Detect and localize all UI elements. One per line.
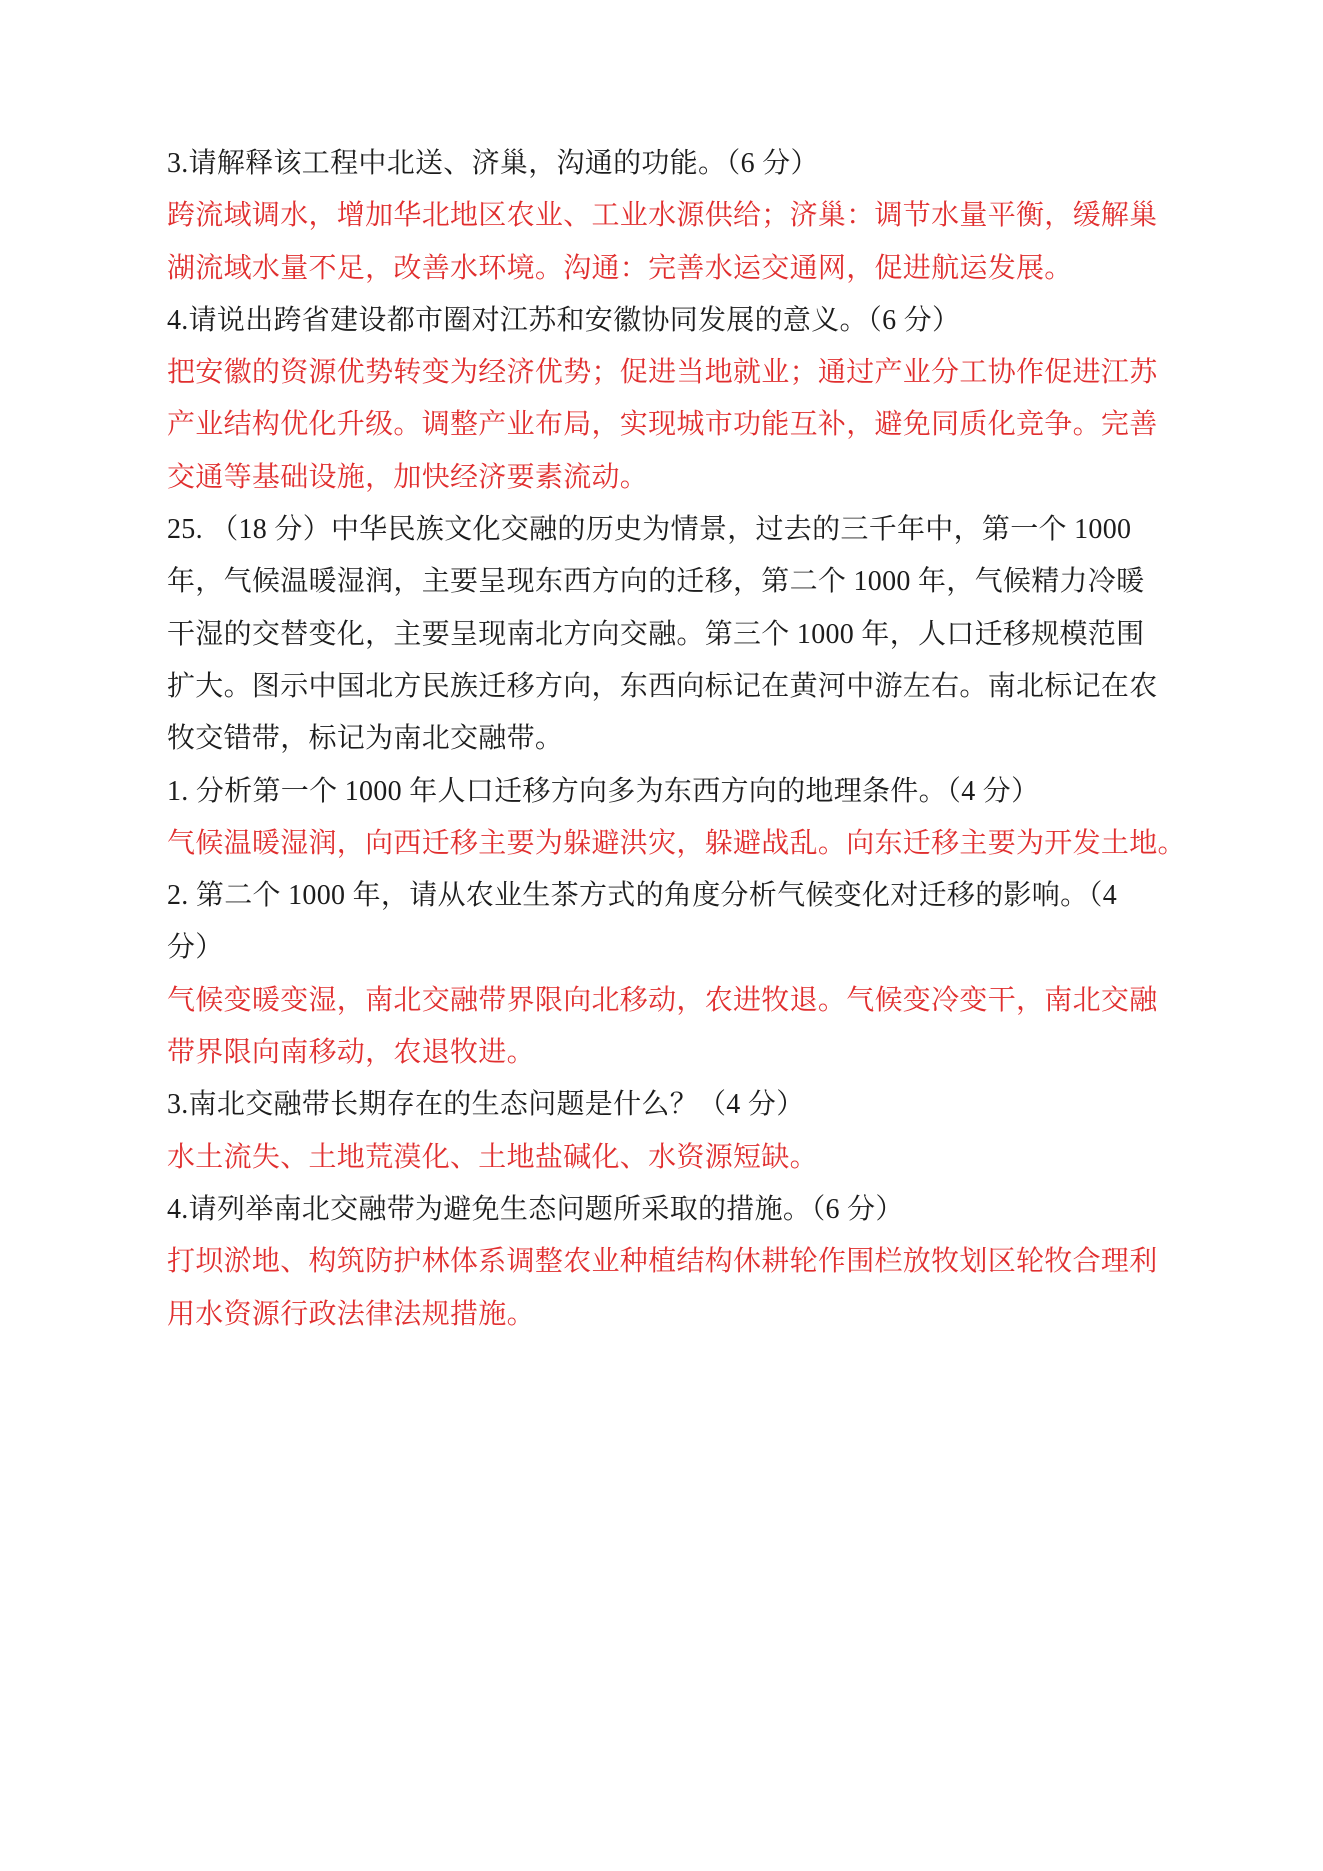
answer-25-4-line-1: 打坝淤地、构筑防护林体系调整农业种植结构休耕轮作围栏放牧划区轮牧合理利 (167, 1236, 1177, 1288)
exam-text-block: 3.请解释该工程中北送、济巢，沟通的功能。（6 分） 跨流域调水，增加华北地区农… (167, 138, 1177, 1341)
question-25-2-line-1: 2. 第二个 1000 年，请从农业生茶方式的角度分析气候变化对迁移的影响。（4 (167, 870, 1177, 922)
answer-25-2-line-2: 带界限向南移动，农退牧进。 (167, 1027, 1177, 1079)
question-25-2-line-2: 分） (167, 922, 1177, 974)
question-25-intro-line-5: 牧交错带，标记为南北交融带。 (167, 713, 1177, 765)
answer-4-line-1: 把安徽的资源优势转变为经济优势；促进当地就业；通过产业分工协作促进江苏 (167, 347, 1177, 399)
answer-3-line-2: 湖流域水量不足，改善水环境。沟通：完善水运交通网，促进航运发展。 (167, 243, 1177, 295)
document-page: 3.请解释该工程中北送、济巢，沟通的功能。（6 分） 跨流域调水，增加华北地区农… (0, 0, 1323, 1871)
answer-25-3-line: 水土流失、土地荒漠化、土地盐碱化、水资源短缺。 (167, 1132, 1177, 1184)
question-3-line: 3.请解释该工程中北送、济巢，沟通的功能。（6 分） (167, 138, 1177, 190)
question-25-4-line: 4.请列举南北交融带为避免生态问题所采取的措施。（6 分） (167, 1184, 1177, 1236)
answer-25-4-line-2: 用水资源行政法律法规措施。 (167, 1289, 1177, 1341)
answer-25-1-line: 气候温暖湿润，向西迁移主要为躲避洪灾，躲避战乱。向东迁移主要为开发土地。 (167, 818, 1177, 870)
answer-3-line-1: 跨流域调水，增加华北地区农业、工业水源供给；济巢：调节水量平衡，缓解巢 (167, 190, 1177, 242)
question-25-1-line: 1. 分析第一个 1000 年人口迁移方向多为东西方向的地理条件。（4 分） (167, 766, 1177, 818)
answer-25-2-line-1: 气候变暖变湿，南北交融带界限向北移动，农进牧退。气候变冷变干，南北交融 (167, 975, 1177, 1027)
question-25-intro-line-3: 干湿的交替变化，主要呈现南北方向交融。第三个 1000 年，人口迁移规模范围 (167, 609, 1177, 661)
answer-4-line-3: 交通等基础设施，加快经济要素流动。 (167, 452, 1177, 504)
question-25-intro-line-1: 25. （18 分）中华民族文化交融的历史为情景，过去的三千年中，第一个 100… (167, 504, 1177, 556)
question-25-intro-line-2: 年，气候温暖湿润，主要呈现东西方向的迁移，第二个 1000 年，气候精力冷暖 (167, 556, 1177, 608)
question-4-line: 4.请说出跨省建设都市圈对江苏和安徽协同发展的意义。（6 分） (167, 295, 1177, 347)
answer-4-line-2: 产业结构优化升级。调整产业布局，实现城市功能互补，避免同质化竞争。完善 (167, 399, 1177, 451)
question-25-intro-line-4: 扩大。图示中国北方民族迁移方向，东西向标记在黄河中游左右。南北标记在农 (167, 661, 1177, 713)
question-25-3-line: 3.南北交融带长期存在的生态问题是什么？（4 分） (167, 1079, 1177, 1131)
